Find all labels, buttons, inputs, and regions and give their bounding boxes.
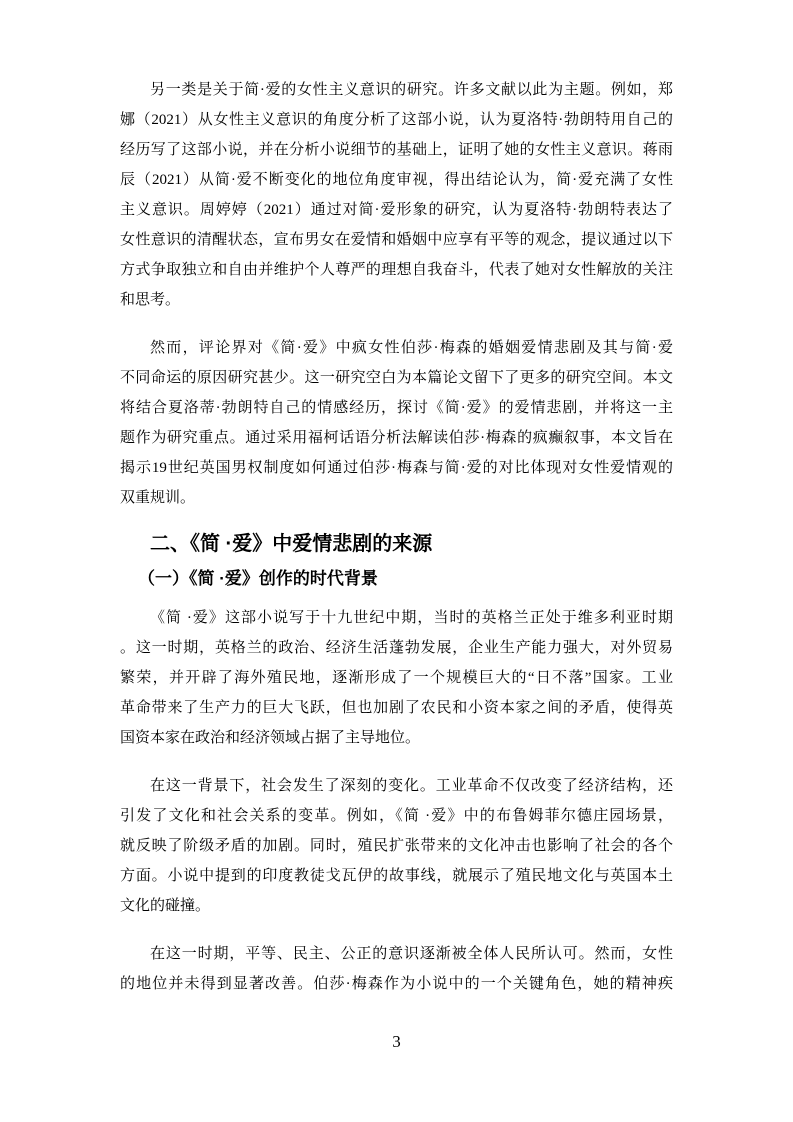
text-line: 题作为研究重点。通过采用福柯话语分析法解读伯莎·梅森的疯癫叙事，本文旨在 [120,423,673,453]
text-line: 文化的碰撞。 [120,891,673,921]
text-line: 将结合夏洛蒂·勃朗特自己的情感经历，探讨《简·爱》的爱情悲剧，并将这一主 [120,393,673,423]
text-line: 揭示19世纪英国男权制度如何通过伯莎·梅森与简·爱的对比体现对女性爱情观的 [120,453,673,483]
text-line: 在这一背景下，社会发生了深刻的变化。工业革命不仅改变了经济结构，还 [120,771,673,801]
text-line: 引发了文化和社会关系的变革。例如，《简 ·爱》中的布鲁姆菲尔德庄园场景， [120,801,673,831]
text-line: 的地位并未得到显著改善。伯莎·梅森作为小说中的一个关键角色，她的精神疾 [120,969,673,999]
text-line: 经历写了这部小说，并在分析小说细节的基础上，证明了她的女性主义意识。蒋雨 [120,135,673,165]
text-line: 方面。小说中提到的印度教徒戈瓦伊的故事线，就展示了殖民地文化与英国本土 [120,861,673,891]
text-line: 双重规训。 [120,483,673,513]
para-research-gap: 然而，评论界对《简·爱》中疯女性伯莎·梅森的婚姻爱情悲剧及其与简·爱不同命运的原… [120,333,673,513]
text-line: 女性意识的清醒状态，宣布男女在爱情和婚姻中应享有平等的观念，提议通过以下 [120,225,673,255]
text-line: 方式争取独立和自由并维护个人尊严的理想自我奋斗，代表了她对女性解放的关注 [120,255,673,285]
page-footer: 3 [0,1032,793,1052]
text-line: 然而，评论界对《简·爱》中疯女性伯莎·梅森的婚姻爱情悲剧及其与简·爱 [120,333,673,363]
text-line: 就反映了阶级矛盾的加剧。同时，殖民扩张带来的文化冲击也影响了社会的各个 [120,831,673,861]
text-line: 主义意识。周婷婷（2021）通过对简·爱形象的研究，认为夏洛特·勃朗特表达了 [120,195,673,225]
document-body: 另一类是关于简·爱的女性主义意识的研究。许多文献以此为主题。例如，郑娜（2021… [120,75,673,1017]
section-heading: 二、《简 ·爱》中爱情悲剧的来源 [120,531,673,557]
text-line: 和思考。 [120,285,673,315]
text-line: 在这一时期，平等、民主、公正的意识逐渐被全体人民所认可。然而，女性 [120,939,673,969]
page-number: 3 [392,1032,401,1051]
text-line: 。这一时期，英格兰的政治、经济生活蓬勃发展，企业生产能力强大，对外贸易 [120,633,673,663]
document-page: 另一类是关于简·爱的女性主义意识的研究。许多文献以此为主题。例如，郑娜（2021… [0,0,793,1122]
subsection-heading: （一）《简 ·爱》创作的时代背景 [120,567,673,591]
text-line: 另一类是关于简·爱的女性主义意识的研究。许多文献以此为主题。例如，郑 [120,75,673,105]
text-line: 娜（2021）从女性主义意识的角度分析了这部小说，认为夏洛特·勃朗特用自己的 [120,105,673,135]
text-line: 不同命运的原因研究甚少。这一研究空白为本篇论文留下了更多的研究空间。本文 [120,363,673,393]
text-line: 繁荣，并开辟了海外殖民地，逐渐形成了一个规模巨大的“日不落”国家。工业 [120,663,673,693]
para-feminist-studies: 另一类是关于简·爱的女性主义意识的研究。许多文献以此为主题。例如，郑娜（2021… [120,75,673,315]
text-line: 革命带来了生产力的巨大飞跃，但也加剧了农民和小资本家之间的矛盾，使得英 [120,693,673,723]
text-line: 辰（2021）从简·爱不断变化的地位角度审视，得出结论认为，简·爱充满了女性 [120,165,673,195]
para-era-background: 《简 ·爱》这部小说写于十九世纪中期，当时的英格兰正处于维多利亚时期。这一时期，… [120,603,673,753]
text-line: 国资本家在政治和经济领域占据了主导地位。 [120,723,673,753]
para-equality-awareness: 在这一时期，平等、民主、公正的意识逐渐被全体人民所认可。然而，女性的地位并未得到… [120,939,673,999]
text-line: 《简 ·爱》这部小说写于十九世纪中期，当时的英格兰正处于维多利亚时期 [120,603,673,633]
para-social-change: 在这一背景下，社会发生了深刻的变化。工业革命不仅改变了经济结构，还引发了文化和社… [120,771,673,921]
